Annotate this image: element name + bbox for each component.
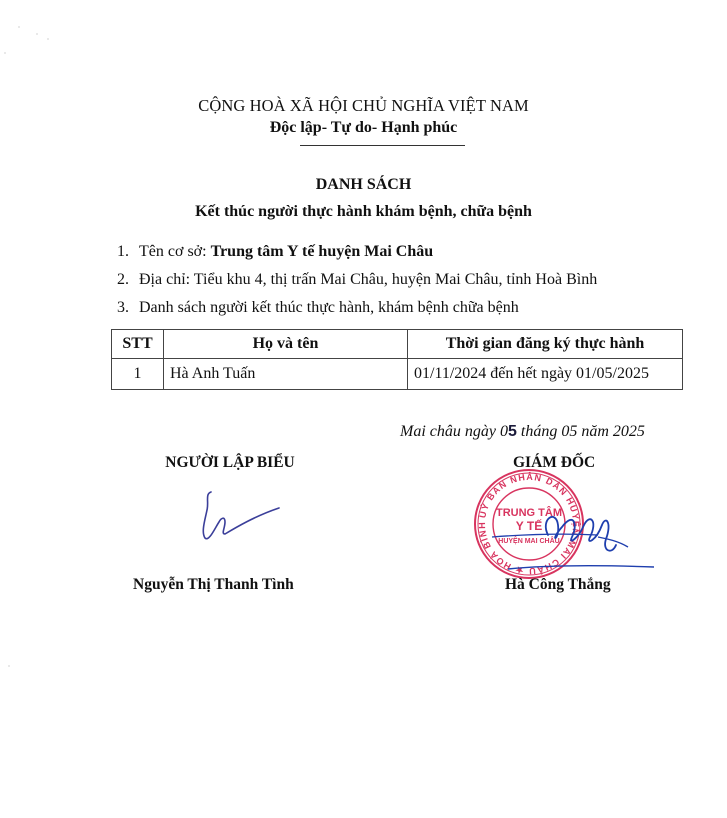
director-signature (478, 505, 658, 575)
item-number: 1. (117, 243, 139, 261)
cell-name: Hà Anh Tuấn (164, 359, 408, 390)
document-subtitle: Kết thúc người thực hành khám bệnh, chữa… (0, 203, 727, 221)
scan-speck (4, 52, 6, 54)
item-label: Địa chỉ: Tiểu khu 4, thị trấn Mai Châu, … (139, 271, 597, 288)
place-and-date: Mai châu ngày 05 tháng 05 năm 2025 (400, 423, 645, 441)
handwritten-day-digit: 5 (508, 423, 517, 440)
facility-name: Trung tâm Y tế huyện Mai Châu (211, 243, 434, 260)
scan-speck (47, 38, 49, 40)
item-number: 3. (117, 299, 139, 317)
national-title: CỘNG HOÀ XÃ HỘI CHỦ NGHĨA VIỆT NAM (0, 96, 727, 116)
scan-speck (36, 33, 38, 35)
document-title: DANH SÁCH (0, 176, 727, 194)
item-label: Tên cơ sở: (139, 243, 211, 260)
practitioner-table: STT Họ và tên Thời gian đăng ký thực hàn… (111, 329, 683, 390)
date-prefix: Mai châu ngày 0 (400, 423, 508, 440)
column-header-stt: STT (112, 330, 164, 359)
column-header-name: Họ và tên (164, 330, 408, 359)
item-label: Danh sách người kết thúc thực hành, khám… (139, 299, 519, 316)
director-name: Hà Công Thắng (505, 576, 611, 594)
table-row: 1 Hà Anh Tuấn 01/11/2024 đến hết ngày 01… (112, 359, 683, 390)
preparer-name: Nguyễn Thị Thanh Tình (133, 576, 294, 594)
scan-speck (18, 26, 20, 28)
address-item: 2.Địa chỉ: Tiểu khu 4, thị trấn Mai Châu… (117, 271, 597, 289)
facility-name-item: 1.Tên cơ sở: Trung tâm Y tế huyện Mai Ch… (117, 243, 433, 261)
preparer-signature (195, 488, 285, 548)
table-header-row: STT Họ và tên Thời gian đăng ký thực hàn… (112, 330, 683, 359)
national-motto: Độc lập- Tự do- Hạnh phúc (0, 119, 727, 137)
cell-period: 01/11/2024 đến hết ngày 01/05/2025 (408, 359, 683, 390)
preparer-role: NGƯỜI LẬP BIỂU (155, 454, 305, 472)
column-header-period: Thời gian đăng ký thực hành (408, 330, 683, 359)
scan-speck (8, 665, 10, 667)
list-description-item: 3.Danh sách người kết thúc thực hành, kh… (117, 299, 519, 317)
cell-stt: 1 (112, 359, 164, 390)
item-number: 2. (117, 271, 139, 289)
motto-underline (300, 145, 465, 146)
date-suffix: tháng 05 năm 2025 (517, 423, 645, 440)
